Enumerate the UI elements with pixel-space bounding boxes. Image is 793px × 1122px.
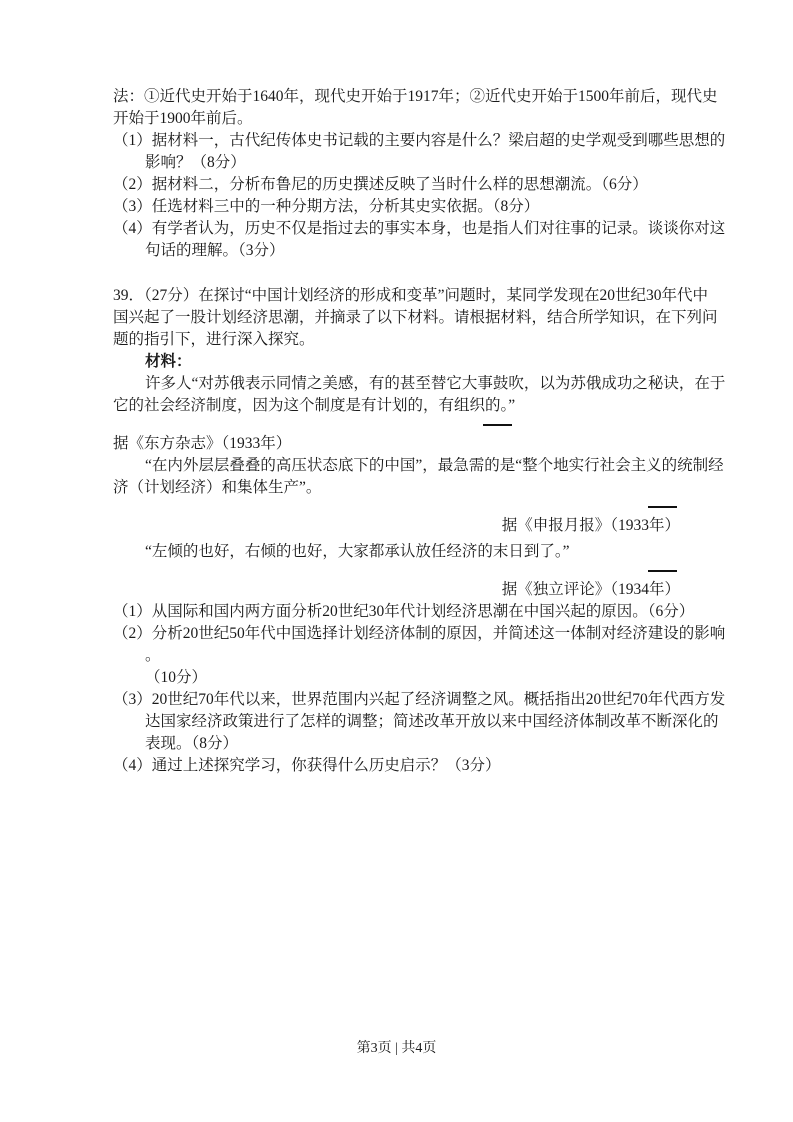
material-source: 据《申报月报》（1933年）	[113, 515, 680, 537]
material-label: 材料：	[113, 351, 680, 373]
material-quote-line: “在内外层层叠叠的高压状态底下的中国”，最急需的是“整个地实行社会主义的统制经	[113, 455, 680, 477]
document-body: 法：①近代史开始于1640年，现代史开始于1917年；②近代史开始于1500年前…	[113, 86, 680, 777]
sub-question-line: 影响？（8分）	[113, 152, 680, 174]
question-stem-line: 国兴起了一股计划经济思潮，并摘录了以下材料。请根据材料，结合所学知识，在下列问	[113, 307, 680, 329]
sub-question-line: （3）20世纪70年代以来，世界范围内兴起了经济调整之风。概括指出20世纪70年…	[113, 689, 680, 711]
sub-question-line: （10分）	[113, 667, 680, 689]
sub-question-line: 。	[113, 645, 680, 667]
attribution-rule	[113, 499, 680, 515]
page-footer: 第3页 | 共4页	[0, 1038, 793, 1060]
material-quote-line: “左倾的也好，右倾的也好，大家都承认放任经济的末日到了。”	[113, 541, 680, 563]
question-stem-line: 39．（27分）在探讨“中国计划经济的形成和变革”问题时，某同学发现在20世纪3…	[113, 285, 680, 307]
attribution-rule	[113, 563, 680, 579]
document-page: 法：①近代史开始于1640年，现代史开始于1917年；②近代史开始于1500年前…	[0, 0, 793, 1122]
sub-question-line: 句话的理解。（3分）	[113, 240, 680, 262]
material-source: 据《东方杂志》（1933年）	[113, 433, 680, 455]
question-stem-line: 题的指引下，进行深入探究。	[113, 329, 680, 351]
sub-question-line: （1）从国际和国内两方面分析20世纪30年代计划经济思潮在中国兴起的原因。（6分…	[113, 601, 680, 623]
attribution-rule	[113, 417, 680, 433]
carryover-line: 开始于1900年前后。	[113, 108, 680, 130]
material-quote-line: 许多人“对苏俄表示同情之美感，有的甚至替它大事鼓吹，以为苏俄成功之秘诀，在于	[113, 373, 680, 395]
sub-question-line: （4）通过上述探究学习，你获得什么历史启示？（3分）	[113, 755, 680, 777]
sub-question-line: 表现。（8分）	[113, 733, 680, 755]
sub-question-line: （3）任选材料三中的一种分期方法，分析其史实依据。（8分）	[113, 196, 680, 218]
sub-question-line: （2）据材料二，分析布鲁尼的历史撰述反映了当时什么样的思想潮流。（6分）	[113, 174, 680, 196]
material-quote-line: 济（计划经济）和集体生产”。	[113, 477, 680, 499]
sub-question-line: （2）分析20世纪50年代中国选择计划经济体制的原因，并简述这一体制对经济建设的…	[113, 623, 680, 645]
material-source: 据《独立评论》（1934年）	[113, 579, 680, 601]
spacer	[113, 262, 680, 285]
sub-question-line: 达国家经济政策进行了怎样的调整；简述改革开放以来中国经济体制改革不断深化的	[113, 711, 680, 733]
short-rule-icon	[648, 570, 677, 572]
sub-question-line: （1）据材料一，古代纪传体史书记载的主要内容是什么？梁启超的史学观受到哪些思想的	[113, 130, 680, 152]
short-rule-icon	[483, 424, 512, 426]
sub-question-line: （4）有学者认为，历史不仅是指过去的事实本身，也是指人们对往事的记录。谈谈你对这	[113, 218, 680, 240]
material-quote-line: 它的社会经济制度，因为这个制度是有计划的，有组织的。”	[113, 395, 680, 417]
carryover-line: 法：①近代史开始于1640年，现代史开始于1917年；②近代史开始于1500年前…	[113, 86, 680, 108]
short-rule-icon	[648, 506, 677, 508]
